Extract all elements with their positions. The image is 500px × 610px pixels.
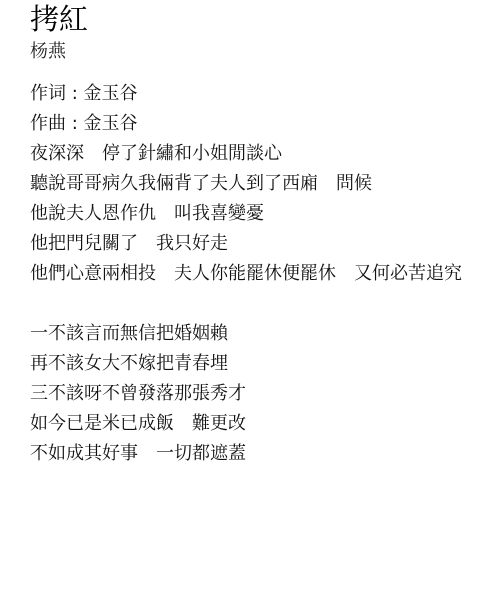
lyric-line: 他說夫人恩作仇 叫我喜變憂 xyxy=(30,199,462,229)
lyric-line-lyricist: 作词 : 金玉谷 xyxy=(30,79,462,109)
lyric-line-composer: 作曲 : 金玉谷 xyxy=(30,109,462,139)
artist-name: 杨燕 xyxy=(30,39,462,65)
song-title: 拷紅 xyxy=(30,0,462,37)
lyric-line: 他把門兒關了 我只好走 xyxy=(30,229,462,259)
lyric-line: 一不該言而無信把婚姻賴 xyxy=(30,319,462,349)
lyric-line: 夜深深 停了針繡和小姐閒談心 xyxy=(30,139,462,169)
lyric-line: 聽說哥哥病久我倆背了夫人到了西廂 問候 xyxy=(30,169,462,199)
lyrics-page: 拷紅 杨燕 作词 : 金玉谷 作曲 : 金玉谷 夜深深 停了針繡和小姐閒談心 聽… xyxy=(30,0,462,469)
lyric-line: 如今已是米已成飯 難更改 xyxy=(30,409,462,439)
lyric-line: 再不該女大不嫁把青春埋 xyxy=(30,349,462,379)
lyric-line: 三不該呀不曾發落那張秀才 xyxy=(30,379,462,409)
lyric-line: 他們心意兩相投 夫人你能罷休便罷休 又何必苦追究 xyxy=(30,259,462,289)
lyrics-body: 作词 : 金玉谷 作曲 : 金玉谷 夜深深 停了針繡和小姐閒談心 聽說哥哥病久我… xyxy=(30,79,462,469)
lyric-line: 不如成其好事 一切都遮蓋 xyxy=(30,439,462,469)
lyric-blank-line xyxy=(30,289,462,319)
